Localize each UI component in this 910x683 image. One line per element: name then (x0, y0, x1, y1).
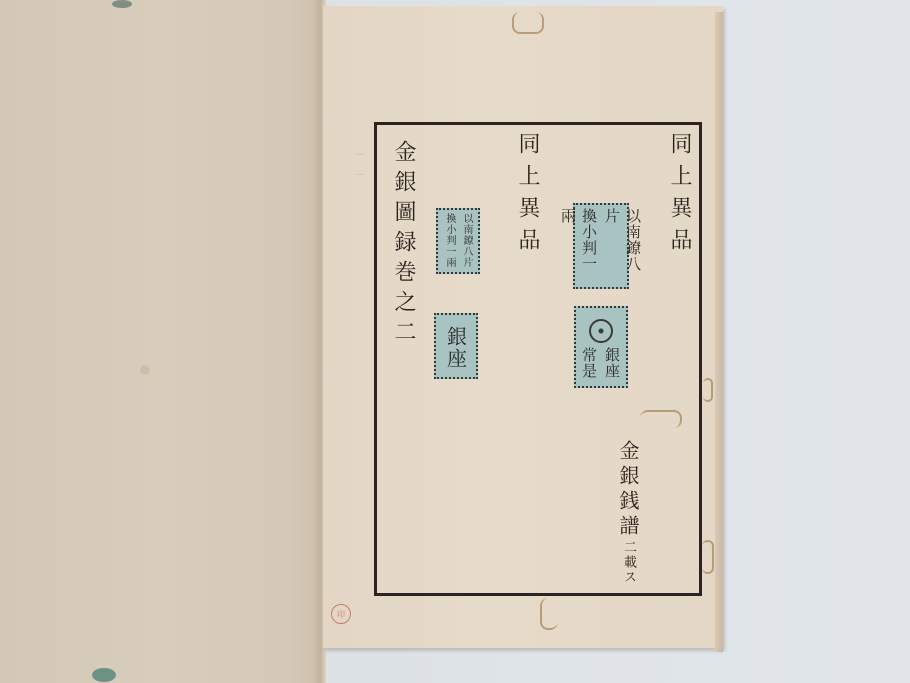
coin-illustration: 以南鐐八片 換小判一兩 (436, 208, 480, 274)
chrysanthemum-icon (589, 319, 613, 343)
paper-spot (140, 365, 150, 375)
ink-stain (92, 668, 116, 682)
coin-inscription: 換小判一兩 (442, 213, 457, 269)
wormhole-damage (540, 598, 558, 630)
variant-label-right: 同上異品 (664, 132, 695, 260)
coin-inscription: 常是 (579, 347, 600, 379)
coin-illustration: 銀座 常是 (574, 306, 628, 388)
volume-title: 金銀圖録巻之二 (388, 140, 419, 350)
coin-inscription: 銀座 (442, 318, 471, 374)
coin-inscription: 銀座 (602, 347, 623, 379)
bleed-through-text: 一 一 (350, 150, 365, 180)
source-note-main: 金銀銭譜 (616, 440, 640, 540)
coin-inscription: 換小判一兩 (558, 208, 600, 284)
page-edge (715, 12, 723, 652)
coin-illustration: 以南鐐八片 換小判一兩 (573, 203, 629, 289)
wormhole-damage (640, 410, 682, 428)
source-note-small: 二載ス (621, 540, 636, 585)
left-page (0, 0, 322, 683)
source-note: 金銀銭譜二載ス (614, 440, 643, 585)
wormhole-damage (703, 378, 713, 402)
coin-inscription: 以南鐐八片 (459, 213, 474, 269)
ink-stain (112, 0, 132, 8)
coin-inscription: 以南鐐八片 (602, 208, 644, 284)
wormhole-damage (702, 540, 714, 574)
variant-label-middle: 同上異品 (512, 132, 543, 260)
ownership-seal: 印 (331, 604, 351, 624)
wormhole-damage (512, 12, 544, 34)
coin-illustration: 銀座 (434, 313, 478, 379)
